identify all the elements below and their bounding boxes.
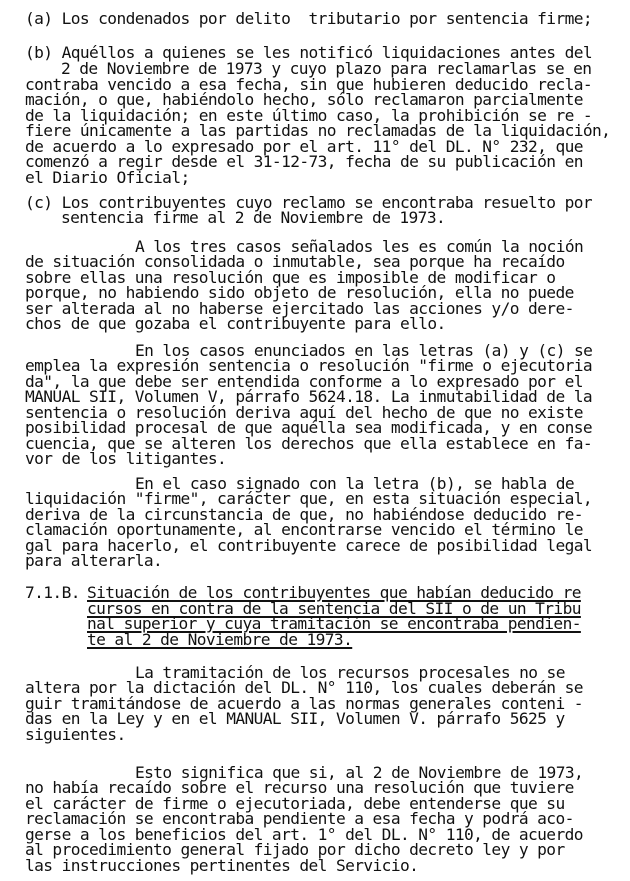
section-number: 7.1.B. bbox=[25, 585, 80, 601]
list-item-c-line: sentencia firme al 2 de Noviembre de 197… bbox=[61, 210, 445, 226]
paragraph-line: vor de los litigantes. bbox=[25, 451, 226, 467]
list-item-a-line: (a) Los condenados por delito tributario… bbox=[25, 11, 592, 27]
section-heading-line: te al 2 de Noviembre de 1973. bbox=[87, 632, 352, 648]
paragraph-line: siguientes. bbox=[25, 727, 126, 743]
paragraph-line: las instrucciones pertinentes del Servic… bbox=[25, 858, 418, 874]
paragraph-line: para alterarla. bbox=[25, 553, 162, 569]
list-item-b-line: el Diario Oficial; bbox=[25, 170, 190, 186]
paragraph-line: chos de que gozaba el contribuyente para… bbox=[25, 316, 446, 332]
